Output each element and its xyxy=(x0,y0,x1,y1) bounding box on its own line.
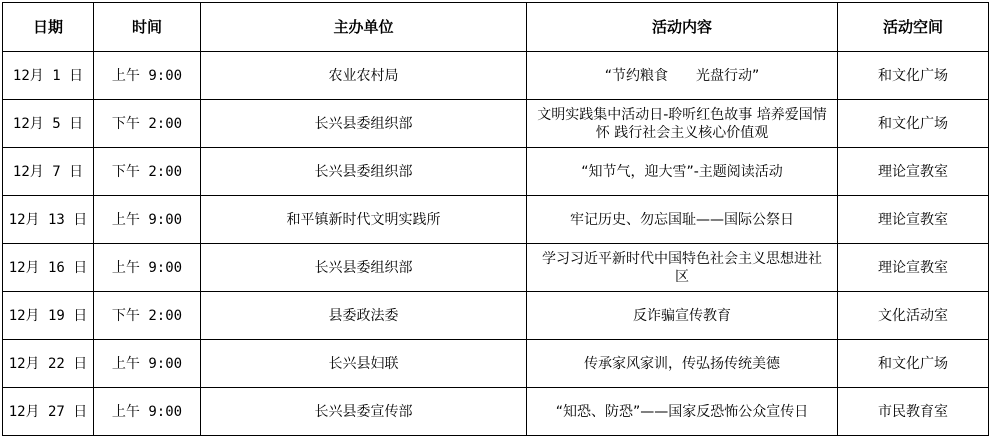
time-cell: 上午 9:00 xyxy=(94,244,201,292)
date-cell: 12月 13 日 xyxy=(3,196,94,244)
table-row: 12月 13 日 上午 9:00 和平镇新时代文明实践所 牢记历史、勿忘国耻——… xyxy=(3,196,989,244)
header-content: 活动内容 xyxy=(527,3,838,52)
space-cell: 和文化广场 xyxy=(838,340,989,388)
space-cell: 和文化广场 xyxy=(838,100,989,148)
table-row: 12月 27 日 上午 9:00 长兴县委宣传部 “知恐、防恐”——国家反恐怖公… xyxy=(3,388,989,436)
date-cell: 12月 22 日 xyxy=(3,340,94,388)
time-cell: 上午 9:00 xyxy=(94,196,201,244)
time-cell: 上午 9:00 xyxy=(94,340,201,388)
content-text: 传承家风家训，传弘扬传统美德 xyxy=(584,355,780,373)
header-space: 活动空间 xyxy=(838,3,989,52)
time-cell: 上午 9:00 xyxy=(94,388,201,436)
time-cell: 上午 9:00 xyxy=(94,52,201,100)
date-cell: 12月 19 日 xyxy=(3,292,94,340)
header-row: 日期 时间 主办单位 活动内容 活动空间 xyxy=(3,3,989,52)
table-row: 12月 5 日 下午 2:00 长兴县委组织部 文明实践集中活动日-聆听红色故事… xyxy=(3,100,989,148)
content-text: “节约粮食 光盘行动” xyxy=(605,67,760,85)
content-cell: “知恐、防恐”——国家反恐怖公众宣传日 xyxy=(527,388,838,436)
organizer-cell: 长兴县委组织部 xyxy=(201,244,527,292)
organizer-cell: 和平镇新时代文明实践所 xyxy=(201,196,527,244)
space-cell: 文化活动室 xyxy=(838,292,989,340)
header-organizer: 主办单位 xyxy=(201,3,527,52)
date-cell: 12月 1 日 xyxy=(3,52,94,100)
organizer-cell: 农业农村局 xyxy=(201,52,527,100)
organizer-cell: 长兴县妇联 xyxy=(201,340,527,388)
date-cell: 12月 27 日 xyxy=(3,388,94,436)
space-cell: 理论宣教室 xyxy=(838,196,989,244)
space-cell: 理论宣教室 xyxy=(838,148,989,196)
date-cell: 12月 7 日 xyxy=(3,148,94,196)
space-cell: 和文化广场 xyxy=(838,52,989,100)
content-text: “知恐、防恐”——国家反恐怖公众宣传日 xyxy=(556,403,809,421)
date-cell: 12月 16 日 xyxy=(3,244,94,292)
content-cell: “节约粮食 光盘行动” xyxy=(527,52,838,100)
content-cell: 牢记历史、勿忘国耻——国际公祭日 xyxy=(527,196,838,244)
time-cell: 下午 2:00 xyxy=(94,100,201,148)
content-text: 牢记历史、勿忘国耻——国际公祭日 xyxy=(570,211,794,229)
table-row: 12月 19 日 下午 2:00 县委政法委 反诈骗宣传教育 文化活动室 xyxy=(3,292,989,340)
space-cell: 理论宣教室 xyxy=(838,244,989,292)
organizer-cell: 长兴县委宣传部 xyxy=(201,388,527,436)
content-cell: “知节气，迎大雪”-主题阅读活动 xyxy=(527,148,838,196)
content-text: “知节气，迎大雪”-主题阅读活动 xyxy=(581,163,783,181)
organizer-cell: 长兴县委组织部 xyxy=(201,148,527,196)
time-cell: 下午 2:00 xyxy=(94,148,201,196)
content-cell: 文明实践集中活动日-聆听红色故事 培养爱国情怀 践行社会主义核心价值观 xyxy=(527,100,838,148)
organizer-cell: 县委政法委 xyxy=(201,292,527,340)
header-time: 时间 xyxy=(94,3,201,52)
table-row: 12月 7 日 下午 2:00 长兴县委组织部 “知节气，迎大雪”-主题阅读活动… xyxy=(3,148,989,196)
content-cell: 反诈骗宣传教育 xyxy=(527,292,838,340)
content-text: 文明实践集中活动日-聆听红色故事 培养爱国情怀 践行社会主义核心价值观 xyxy=(537,106,827,142)
table-row: 12月 16 日 上午 9:00 长兴县委组织部 学习习近平新时代中国特色社会主… xyxy=(3,244,989,292)
content-text: 反诈骗宣传教育 xyxy=(633,307,731,325)
content-text: 学习习近平新时代中国特色社会主义思想进社区 xyxy=(537,250,827,286)
space-cell: 市民教育室 xyxy=(838,388,989,436)
organizer-cell: 长兴县委组织部 xyxy=(201,100,527,148)
header-date: 日期 xyxy=(3,3,94,52)
time-cell: 下午 2:00 xyxy=(94,292,201,340)
activity-schedule-table: 日期 时间 主办单位 活动内容 活动空间 12月 1 日 上午 9:00 农业农… xyxy=(2,2,989,436)
content-cell: 传承家风家训，传弘扬传统美德 xyxy=(527,340,838,388)
content-cell: 学习习近平新时代中国特色社会主义思想进社区 xyxy=(527,244,838,292)
date-cell: 12月 5 日 xyxy=(3,100,94,148)
table-row: 12月 22 日 上午 9:00 长兴县妇联 传承家风家训，传弘扬传统美德 和文… xyxy=(3,340,989,388)
table-row: 12月 1 日 上午 9:00 农业农村局 “节约粮食 光盘行动” 和文化广场 xyxy=(3,52,989,100)
